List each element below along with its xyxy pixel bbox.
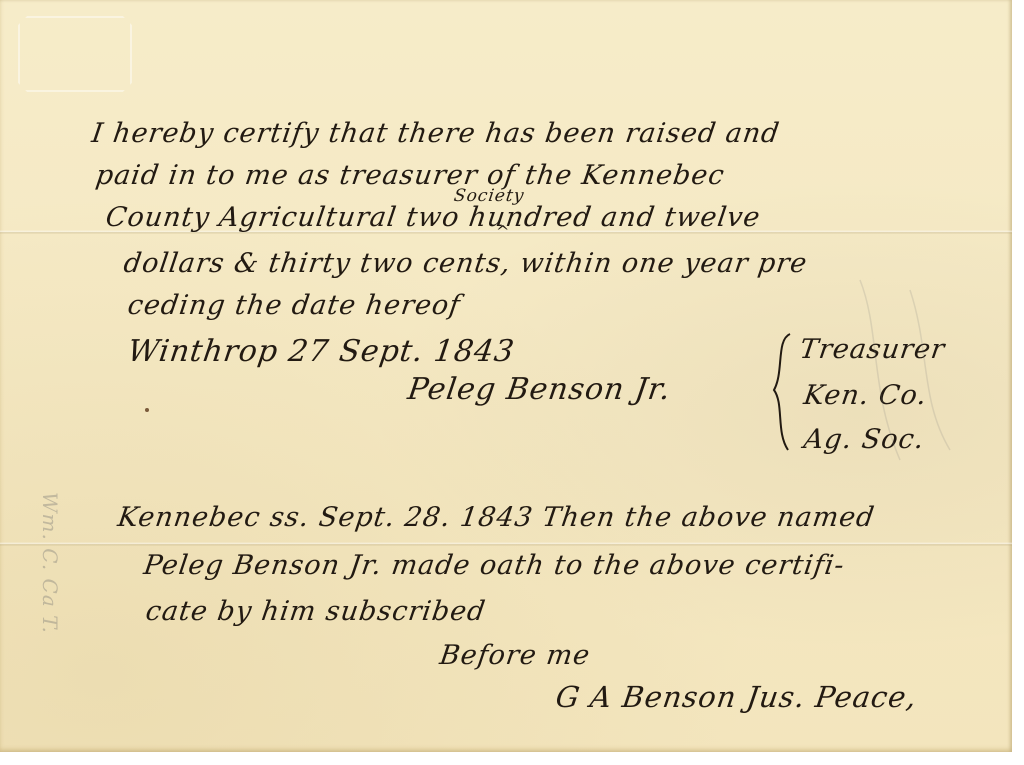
certificate-line-5: ceding the date hereof [126, 290, 463, 321]
embossed-stamp [18, 16, 132, 92]
ink-spot [145, 408, 149, 412]
certificate-line-4: dollars & thirty two cents, within one y… [122, 248, 810, 279]
place-date: Winthrop 27 Sept. 1843 [126, 334, 517, 369]
before-me: Before me [438, 640, 592, 671]
fold-crease-lower [0, 542, 1012, 546]
oath-line-1: Kennebec ss. Sept. 28. 1843 Then the abo… [116, 502, 877, 533]
justice-signature: G A Benson Jus. Peace, [554, 680, 920, 714]
pencil-marks [840, 270, 960, 470]
oath-line-3: cate by him subscribed [144, 596, 488, 627]
brace-mark [770, 332, 794, 452]
document-page: I hereby certify that there has been rai… [0, 0, 1012, 752]
certificate-line-3: County Agricultural two hundred and twel… [104, 202, 763, 233]
margin-pencil-note: Wm. C. Ca T. [38, 492, 62, 634]
treasurer-signature: Peleg Benson Jr. [406, 372, 674, 407]
oath-line-2: Peleg Benson Jr. made oath to the above … [142, 550, 847, 581]
certificate-line-1: I hereby certify that there has been rai… [90, 118, 782, 149]
certificate-line-2: paid in to me as treasurer of the Kenneb… [94, 160, 727, 191]
